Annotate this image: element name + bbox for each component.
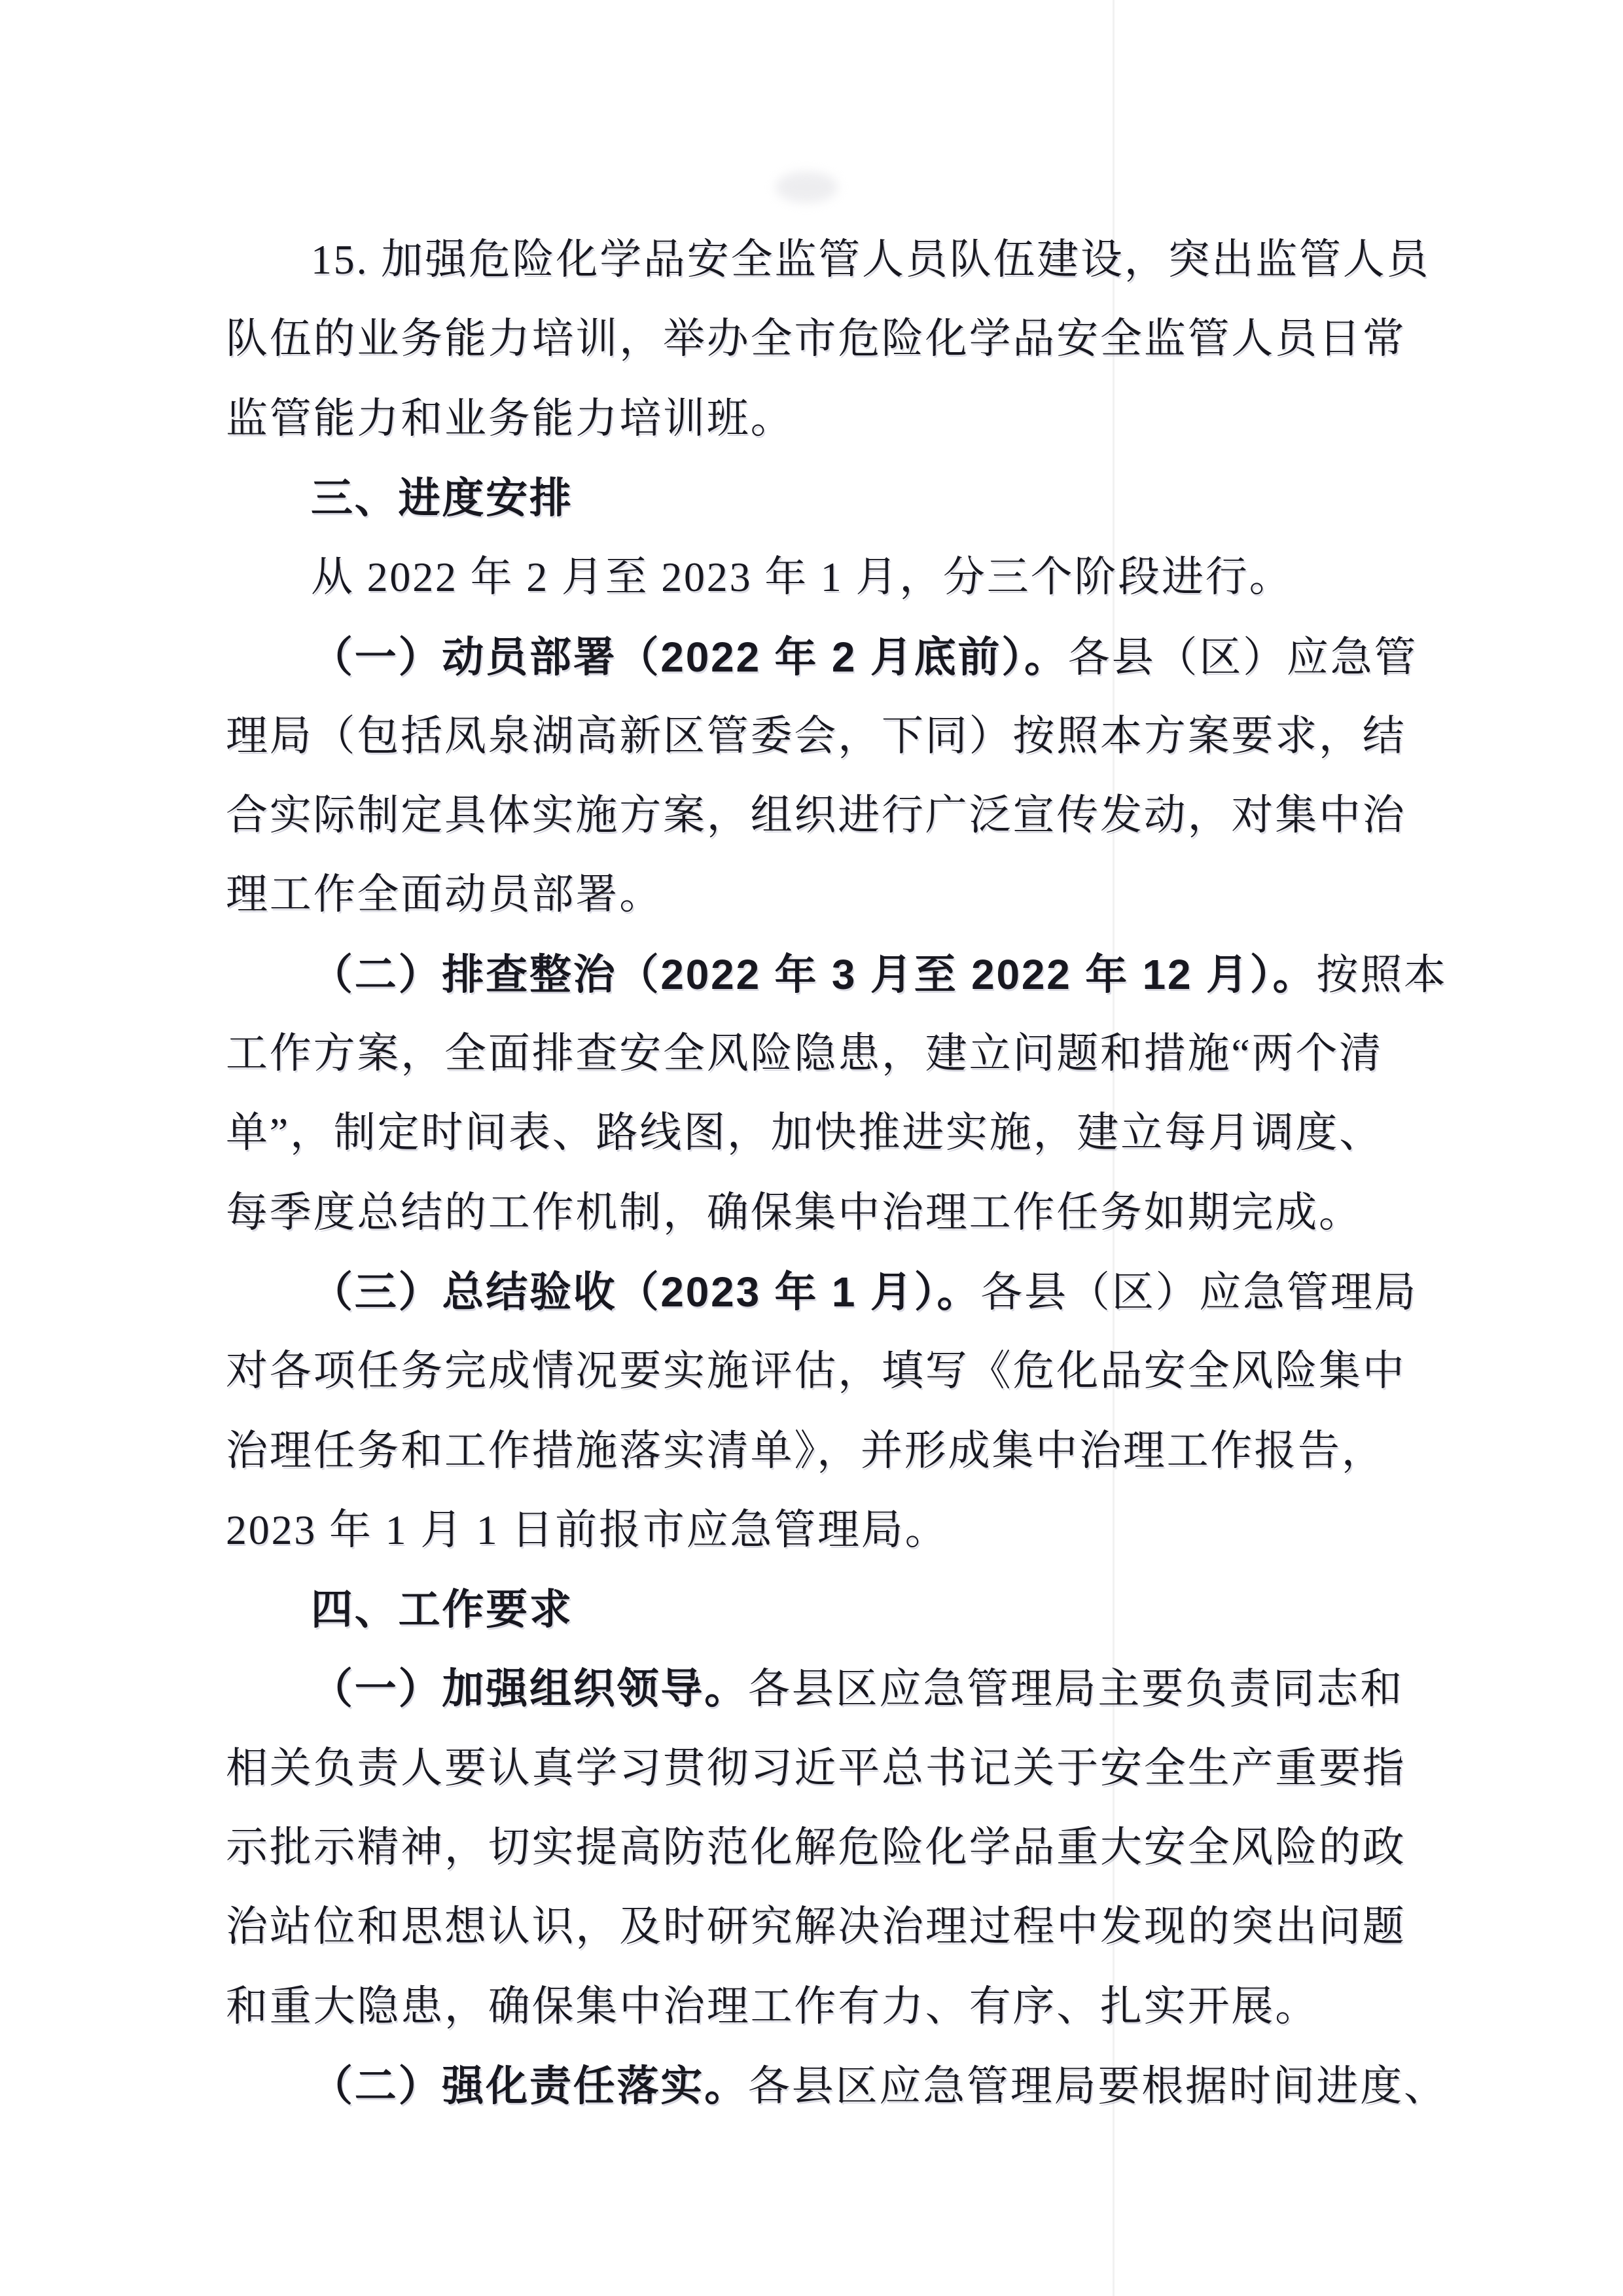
text-line: 工作方案，全面排查安全风险隐患，建立问题和措施“两个清 — [226, 1014, 1383, 1094]
heading-segment: （三）总结验收（2023 年 1 月）。 — [311, 1268, 980, 1316]
body-segment: 各县区应急管理局主要负责同志和 — [748, 1666, 1404, 1712]
body-segment: 相关负责人要认真学习贯彻习近平总书记关于安全生产重要指 — [226, 1745, 1406, 1791]
body-segment: 单”，制定时间表、路线图，加快推进实施，建立每月调度、 — [226, 1109, 1383, 1156]
body-segment: 15. 加强危险化学品安全监管人员队伍建设，突出监管人员 — [311, 236, 1430, 283]
text-line: 理工作全面动员部署。 — [226, 855, 663, 935]
text-line: 治理任务和工作措施落实清单》，并形成集中治理工作报告， — [226, 1411, 1385, 1491]
body-segment: 和重大隐患，确保集中治理工作有力、有序、扎实开展。 — [226, 1983, 1319, 2030]
text-layer: 15. 加强危险化学品安全监管人员队伍建设，突出监管人员队伍的业务能力培训，举办… — [0, 0, 1623, 2296]
text-line: （二）排查整治（2022 年 3 月至 2022 年 12 月）。按照本 — [311, 935, 1448, 1014]
text-line: 15. 加强危险化学品安全监管人员队伍建设，突出监管人员 — [311, 220, 1430, 300]
text-line: 示批示精神，切实提高防范化解危险化学品重大安全风险的政 — [226, 1808, 1406, 1888]
body-segment: 从 2022 年 2 月至 2023 年 1 月，分三个阶段进行。 — [311, 554, 1293, 600]
heading-segment: 四、工作要求 — [311, 1586, 573, 1633]
text-line: 2023 年 1 月 1 日前报市应急管理局。 — [226, 1490, 948, 1570]
body-segment: 监管能力和业务能力培训班。 — [226, 395, 794, 442]
body-segment: 示批示精神，切实提高防范化解危险化学品重大安全风险的政 — [226, 1824, 1406, 1871]
text-line: 从 2022 年 2 月至 2023 年 1 月，分三个阶段进行。 — [311, 537, 1293, 617]
body-segment: 理局（包括凤泉湖高新区管委会，下同）按照本方案要求，结 — [226, 713, 1406, 759]
text-line: 治站位和思想认识，及时研究解决治理过程中发现的突出问题 — [226, 1887, 1406, 1967]
body-segment: 各县区应急管理局要根据时间进度、 — [748, 2063, 1448, 2109]
text-line: 和重大隐患，确保集中治理工作有力、有序、扎实开展。 — [226, 1967, 1319, 2047]
text-line: 对各项任务完成情况要实施评估，填写《危化品安全风险集中 — [226, 1331, 1406, 1411]
text-line: 合实际制定具体实施方案，组织进行广泛宣传发动，对集中治 — [226, 776, 1406, 855]
text-line: 理局（包括凤泉湖高新区管委会，下同）按照本方案要求，结 — [226, 696, 1406, 776]
heading-segment: （二）排查整治（2022 年 3 月至 2022 年 12 月）。 — [311, 951, 1316, 998]
body-segment: 每季度总结的工作机制，确保集中治理工作任务如期完成。 — [226, 1189, 1363, 1236]
body-segment: 治理任务和工作措施落实清单》，并形成集中治理工作报告， — [226, 1427, 1385, 1474]
text-line: 四、工作要求 — [311, 1570, 573, 1649]
heading-segment: （一）加强组织领导。 — [311, 1665, 748, 1712]
body-segment: 队伍的业务能力培训，举办全市危险化学品安全监管人员日常 — [226, 315, 1406, 362]
text-line: 监管能力和业务能力培训班。 — [226, 379, 794, 459]
body-segment: 合实际制定具体实施方案，组织进行广泛宣传发动，对集中治 — [226, 792, 1406, 838]
body-segment: 工作方案，全面排查安全风险隐患，建立问题和措施“两个清 — [226, 1030, 1383, 1077]
body-segment: 治站位和思想认识，及时研究解决治理过程中发现的突出问题 — [226, 1903, 1406, 1950]
text-line: （一）加强组织领导。各县区应急管理局主要负责同志和 — [311, 1649, 1404, 1729]
heading-segment: 三、进度安排 — [311, 475, 573, 522]
body-segment: 2023 年 1 月 1 日前报市应急管理局。 — [226, 1507, 948, 1553]
body-segment: 理工作全面动员部署。 — [226, 871, 663, 918]
text-line: 单”，制定时间表、路线图，加快推进实施，建立每月调度、 — [226, 1093, 1383, 1173]
text-line: （三）总结验收（2023 年 1 月）。各县（区）应急管理局 — [311, 1252, 1418, 1332]
text-line: （二）强化责任落实。各县区应急管理局要根据时间进度、 — [311, 2046, 1448, 2126]
body-segment: 对各项任务完成情况要实施评估，填写《危化品安全风险集中 — [226, 1348, 1406, 1394]
text-line: 每季度总结的工作机制，确保集中治理工作任务如期完成。 — [226, 1173, 1363, 1253]
body-segment: 各县（区）应急管 — [1068, 634, 1418, 681]
body-segment: 各县（区）应急管理局 — [980, 1269, 1418, 1316]
body-segment: 按照本 — [1316, 952, 1447, 998]
heading-segment: （一）动员部署（2022 年 2 月底前）。 — [311, 634, 1068, 681]
text-line: 相关负责人要认真学习贯彻习近平总书记关于安全生产重要指 — [226, 1729, 1406, 1808]
text-line: 队伍的业务能力培训，举办全市危险化学品安全监管人员日常 — [226, 299, 1406, 379]
text-line: 三、进度安排 — [311, 458, 573, 538]
text-line: （一）动员部署（2022 年 2 月底前）。各县（区）应急管 — [311, 617, 1418, 697]
scanned-document-page: 15. 加强危险化学品安全监管人员队伍建设，突出监管人员队伍的业务能力培训，举办… — [0, 0, 1623, 2296]
heading-segment: （二）强化责任落实。 — [311, 2062, 748, 2109]
